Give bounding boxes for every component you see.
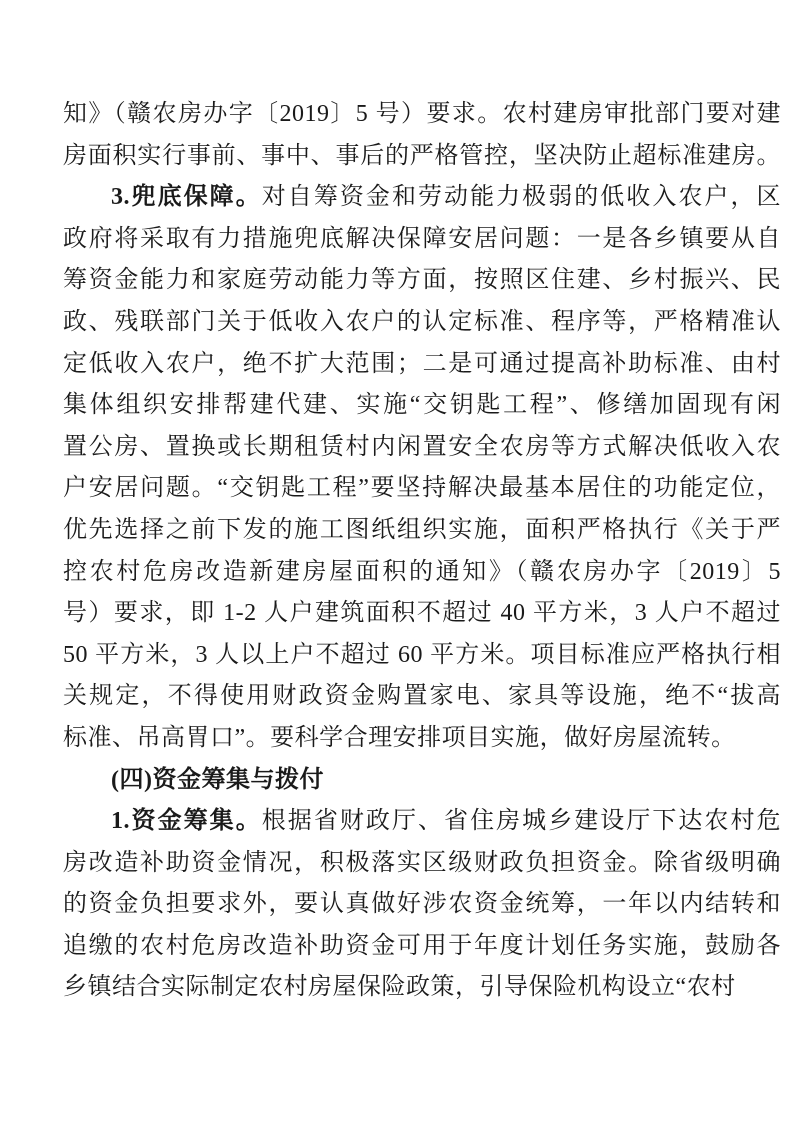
doc-line: 政府将采取有力措施兜底解决保障安居问题：一是各乡镇要从自 (63, 219, 781, 261)
section-heading: (四)资金筹集与拨付 (111, 767, 324, 793)
document-text-block: 知》（赣农房办字〔2019〕5 号）要求。农村建房审批部门要对建 房面积实行事前… (63, 94, 781, 1009)
doc-line: 50 平方米，3 人以上户不超过 60 平方米。项目标准应严格执行相 (63, 635, 781, 677)
doc-line: 3.兜底保障。对自筹资金和劳动能力极弱的低收入农户，区 (63, 177, 781, 219)
doc-line: 集体组织安排帮建代建、实施“交钥匙工程”、修缮加固现有闲 (63, 385, 781, 427)
run-text: 置公房、置换或长期租赁村内闲置安全农房等方式解决低收入农 (63, 434, 781, 460)
doc-line: 号）要求，即 1-2 人户建筑面积不超过 40 平方米，3 人户不超过 (63, 593, 781, 635)
doc-line: 置公房、置换或长期租赁村内闲置安全农房等方式解决低收入农 (63, 427, 781, 469)
run-bold: 1.资金筹集。 (111, 808, 262, 834)
run-text: 乡镇结合实际制定农村房屋保险政策，引导保险机构设立“农村 (63, 974, 736, 1000)
doc-line: 的资金负担要求外，要认真做好涉农资金统筹，一年以内结转和 (63, 884, 781, 926)
run-text: 关规定，不得使用财政资金购置家电、家具等设施，绝不“拔高 (63, 683, 781, 709)
run-text: 知》（赣农房办字〔2019〕5 号）要求。农村建房审批部门要对建 (63, 101, 781, 127)
doc-line: 政、残联部门关于低收入农户的认定标准、程序等，严格精准认 (63, 302, 781, 344)
document-page: 知》（赣农房办字〔2019〕5 号）要求。农村建房审批部门要对建 房面积实行事前… (0, 0, 793, 1122)
run-text: 房改造补助资金情况，积极落实区级财政负担资金。除省级明确 (63, 850, 781, 876)
run-text: 根据省财政厅、省住房城乡建设厅下达农村危 (262, 808, 781, 834)
run-text: 号）要求，即 1-2 人户建筑面积不超过 40 平方米，3 人户不超过 (63, 600, 781, 626)
run-text: 优先选择之前下发的施工图纸组织实施，面积严格执行《关于严 (63, 517, 781, 543)
run-text: 集体组织安排帮建代建、实施“交钥匙工程”、修缮加固现有闲 (63, 392, 781, 418)
run-text: 政、残联部门关于低收入农户的认定标准、程序等，严格精准认 (63, 309, 781, 335)
doc-line: 知》（赣农房办字〔2019〕5 号）要求。农村建房审批部门要对建 (63, 94, 781, 136)
run-text: 房面积实行事前、事中、事后的严格管控，坚决防止超标准建房。 (63, 143, 781, 169)
run-text: 标准、吊高胃口”。要科学合理安排项目实施，做好房屋流转。 (63, 725, 736, 751)
doc-line: 标准、吊高胃口”。要科学合理安排项目实施，做好房屋流转。 (63, 718, 781, 760)
doc-line: 户安居问题。“交钥匙工程”要坚持解决最基本居住的功能定位， (63, 468, 781, 510)
run-text: 政府将采取有力措施兜底解决保障安居问题：一是各乡镇要从自 (63, 226, 781, 252)
run-text: 50 平方米，3 人以上户不超过 60 平方米。项目标准应严格执行相 (63, 642, 781, 668)
run-text: 户安居问题。“交钥匙工程”要坚持解决最基本居住的功能定位， (63, 475, 781, 501)
run-text: 定低收入农户，绝不扩大范围；二是可通过提高补助标准、由村 (63, 351, 781, 377)
doc-line: 乡镇结合实际制定农村房屋保险政策，引导保险机构设立“农村 (63, 967, 781, 1009)
run-bold: 3.兜底保障。 (111, 184, 262, 210)
doc-line: 关规定，不得使用财政资金购置家电、家具等设施，绝不“拔高 (63, 676, 781, 718)
doc-line: 定低收入农户，绝不扩大范围；二是可通过提高补助标准、由村 (63, 344, 781, 386)
run-text: 筹资金能力和家庭劳动能力等方面，按照区住建、乡村振兴、民 (63, 267, 781, 293)
doc-line: 房面积实行事前、事中、事后的严格管控，坚决防止超标准建房。 (63, 136, 781, 178)
doc-line: 房改造补助资金情况，积极落实区级财政负担资金。除省级明确 (63, 843, 781, 885)
doc-line: 优先选择之前下发的施工图纸组织实施，面积严格执行《关于严 (63, 510, 781, 552)
doc-line: 筹资金能力和家庭劳动能力等方面，按照区住建、乡村振兴、民 (63, 260, 781, 302)
run-text: 控农村危房改造新建房屋面积的通知》（赣农房办字〔2019〕5 (63, 559, 781, 585)
run-text: 追缴的农村危房改造补助资金可用于年度计划任务实施，鼓励各 (63, 933, 781, 959)
run-text: 的资金负担要求外，要认真做好涉农资金统筹，一年以内结转和 (63, 891, 781, 917)
doc-line: 追缴的农村危房改造补助资金可用于年度计划任务实施，鼓励各 (63, 926, 781, 968)
doc-line: 控农村危房改造新建房屋面积的通知》（赣农房办字〔2019〕5 (63, 552, 781, 594)
run-text: 对自筹资金和劳动能力极弱的低收入农户，区 (262, 184, 781, 210)
doc-line: 1.资金筹集。根据省财政厅、省住房城乡建设厅下达农村危 (63, 801, 781, 843)
section-heading-line: (四)资金筹集与拨付 (63, 760, 781, 802)
